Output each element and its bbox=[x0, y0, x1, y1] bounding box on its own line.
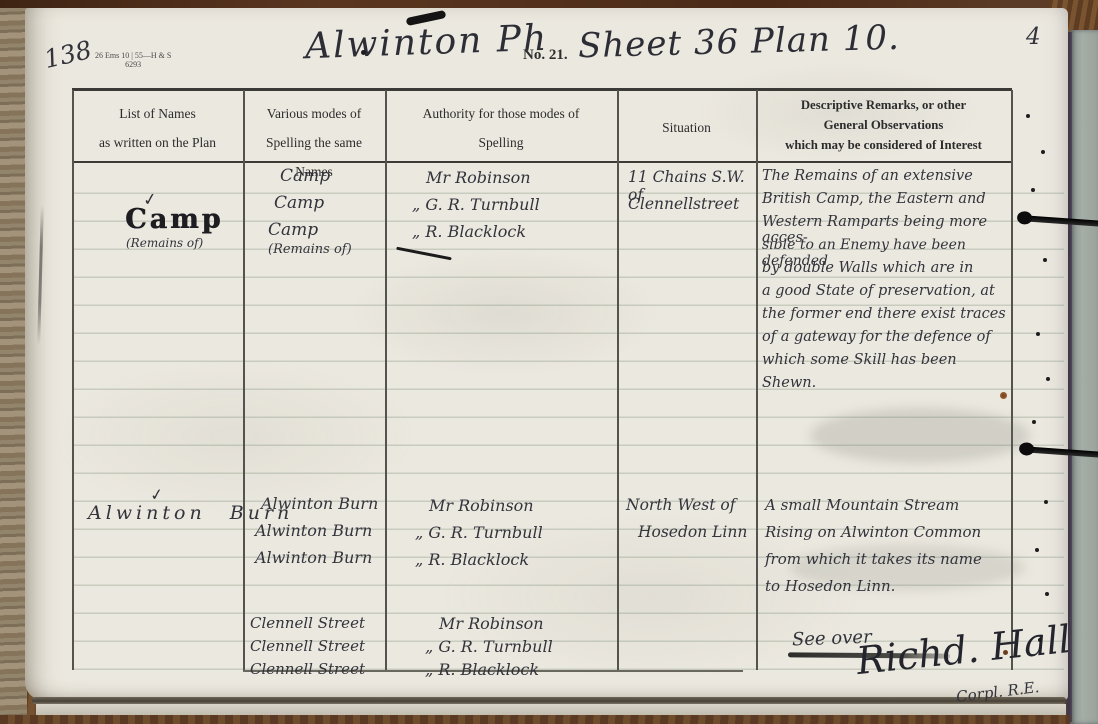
stain-smudge bbox=[810, 408, 1030, 463]
column-header-authority: Authority for those modes of Spelling bbox=[389, 99, 613, 157]
spelling-line: Camp bbox=[268, 193, 383, 220]
sheet-number-label: No. 21. bbox=[523, 47, 568, 64]
column-header-authority-line1: Authority for those modes of bbox=[389, 99, 613, 128]
name-cell-camp: Camp bbox=[125, 204, 223, 235]
authority-line: „ R. Blacklock bbox=[415, 550, 615, 577]
column-header-situation: Situation bbox=[621, 113, 752, 142]
corner-page-number: 4 bbox=[1026, 24, 1041, 50]
cord-knot bbox=[1017, 211, 1033, 225]
remark-line: by double Walls which are in bbox=[762, 260, 1012, 283]
binding-cord bbox=[1024, 446, 1098, 457]
remark-line: to Hosedon Linn. bbox=[765, 577, 1015, 604]
remark-line: A small Mountain Stream bbox=[765, 496, 1015, 523]
wood-table-top-strip bbox=[0, 0, 1098, 12]
page-bottom-edge-line bbox=[32, 697, 1066, 704]
column-header-remarks-line1: Descriptive Remarks, or other bbox=[760, 95, 1007, 115]
authority-line: Mr Robinson bbox=[415, 496, 615, 523]
spelling-line: Alwinton Burn bbox=[255, 548, 383, 575]
col-divider-3 bbox=[617, 90, 619, 670]
remark-line: Western Ramparts being more acces- bbox=[762, 214, 1012, 237]
col-divider-1 bbox=[243, 90, 245, 670]
column-header-names-line2: as written on the Plan bbox=[76, 128, 239, 157]
signature-rank: Corpl. R.E. bbox=[955, 678, 1040, 706]
remark-line: from which it takes its name bbox=[765, 550, 1015, 577]
remark-line: British Camp, the Eastern and bbox=[762, 191, 1012, 214]
column-header-names-line1: List of Names bbox=[76, 99, 239, 128]
authority-line: Mr Robinson bbox=[412, 168, 612, 195]
column-header-names: List of Names as written on the Plan bbox=[76, 99, 239, 157]
remark-line: the former end there exist traces bbox=[762, 306, 1012, 329]
column-header-authority-line2: Spelling bbox=[389, 128, 613, 157]
sheet-plan-title: Sheet 36 Plan 10. bbox=[578, 18, 901, 66]
table-border-left bbox=[72, 90, 74, 670]
wood-table-corner bbox=[1048, 0, 1098, 40]
remark-line: Shewn. bbox=[762, 375, 1012, 398]
remark-line: of a gateway for the defence of bbox=[762, 329, 1012, 352]
remark-line: Rising on Alwinton Common bbox=[765, 523, 1015, 550]
situation-line: Hosedon Linn bbox=[626, 523, 754, 550]
authority-line: „ R. Blacklock bbox=[412, 222, 612, 249]
column-header-remarks-line3: which may be considered of Interest bbox=[760, 135, 1007, 155]
spelling-line: Clennell Street bbox=[250, 614, 382, 637]
situation-line: Clennellstreet bbox=[628, 195, 753, 222]
table-top-border bbox=[72, 88, 1012, 91]
column-header-remarks-line2: General Observations bbox=[760, 115, 1007, 135]
spelling-cell-alwinton-burn: Alwinton Burn Alwinton Burn Alwinton Bur… bbox=[255, 494, 383, 575]
scanned-name-book-photo: { "page": { "folio_number": "138", "impr… bbox=[0, 0, 1098, 724]
remark-line: which some Skill has been bbox=[762, 352, 1012, 375]
spelling-line: Alwinton Burn bbox=[255, 521, 383, 548]
parish-title: Alwinton Ph bbox=[304, 18, 548, 67]
spelling-line: Clennell Street bbox=[250, 637, 382, 660]
authority-line: „ G. R. Turnbull bbox=[415, 523, 615, 550]
remark-line: a good State of preservation, at bbox=[762, 283, 1012, 306]
under-pages-edge bbox=[36, 704, 1066, 715]
binding-cord bbox=[1022, 215, 1098, 227]
printers-imprint-line1: 26 Ems 10 | 55—H & S bbox=[95, 51, 171, 60]
authority-line: Mr Robinson bbox=[425, 614, 635, 637]
column-header-remarks: Descriptive Remarks, or other General Ob… bbox=[760, 95, 1007, 155]
authority-cell-alwinton-burn: Mr Robinson „ G. R. Turnbull „ R. Blackl… bbox=[415, 496, 615, 577]
spelling-cell-camp: Camp Camp Camp (Remains of) bbox=[268, 166, 383, 257]
surveyor-signature: Richd. Hall bbox=[854, 617, 1073, 683]
authority-cell-camp: Mr Robinson „ G. R. Turnbull „ R. Blackl… bbox=[412, 168, 612, 249]
table-header-divider bbox=[72, 161, 1012, 163]
printers-imprint: 26 Ems 10 | 55—H & S 6293 bbox=[95, 51, 171, 69]
spelling-cell-clennell-street: Clennell Street Clennell Street Clennell… bbox=[250, 614, 382, 683]
cord-knot bbox=[1019, 442, 1035, 456]
authority-line: „ G. R. Turnbull bbox=[412, 195, 612, 222]
wood-table-left-strip bbox=[0, 8, 27, 724]
page-left-crease bbox=[37, 205, 44, 345]
name-note-camp: (Remains of) bbox=[126, 236, 203, 250]
wood-table-bottom-strip bbox=[0, 715, 1070, 724]
remark-line: The Remains of an extensive bbox=[762, 168, 1012, 191]
authority-cell-clennell-street: Mr Robinson „ G. R. Turnbull „ R. Blackl… bbox=[425, 614, 635, 683]
spelling-note: (Remains of) bbox=[268, 242, 383, 257]
folio-number: 138 bbox=[41, 35, 94, 74]
situation-cell-alwinton-burn: North West of Hosedon Linn bbox=[626, 496, 754, 550]
situation-line: 11 Chains S.W. of bbox=[628, 168, 753, 195]
book-cover bbox=[1070, 30, 1098, 724]
spelling-line: Clennell Street bbox=[250, 660, 382, 683]
spelling-line: Camp bbox=[268, 220, 383, 242]
printers-imprint-line2: 6293 bbox=[95, 60, 171, 69]
remarks-cell-camp: The Remains of an extensive British Camp… bbox=[762, 168, 1012, 398]
remarks-cell-alwinton-burn: A small Mountain Stream Rising on Alwint… bbox=[765, 496, 1015, 604]
situation-cell-camp: 11 Chains S.W. of Clennellstreet bbox=[628, 168, 753, 222]
situation-line: North West of bbox=[626, 496, 754, 523]
col-divider-2 bbox=[385, 90, 387, 670]
remark-line: sible to an Enemy have been defended bbox=[762, 237, 1012, 260]
spelling-line: Alwinton Burn bbox=[255, 494, 383, 521]
authority-line: „ R. Blacklock bbox=[425, 660, 635, 683]
column-header-spelling-line1: Various modes of bbox=[247, 99, 381, 128]
authority-line: „ G. R. Turnbull bbox=[425, 637, 635, 660]
col-divider-4 bbox=[756, 90, 758, 670]
spelling-line: Camp bbox=[268, 166, 383, 193]
